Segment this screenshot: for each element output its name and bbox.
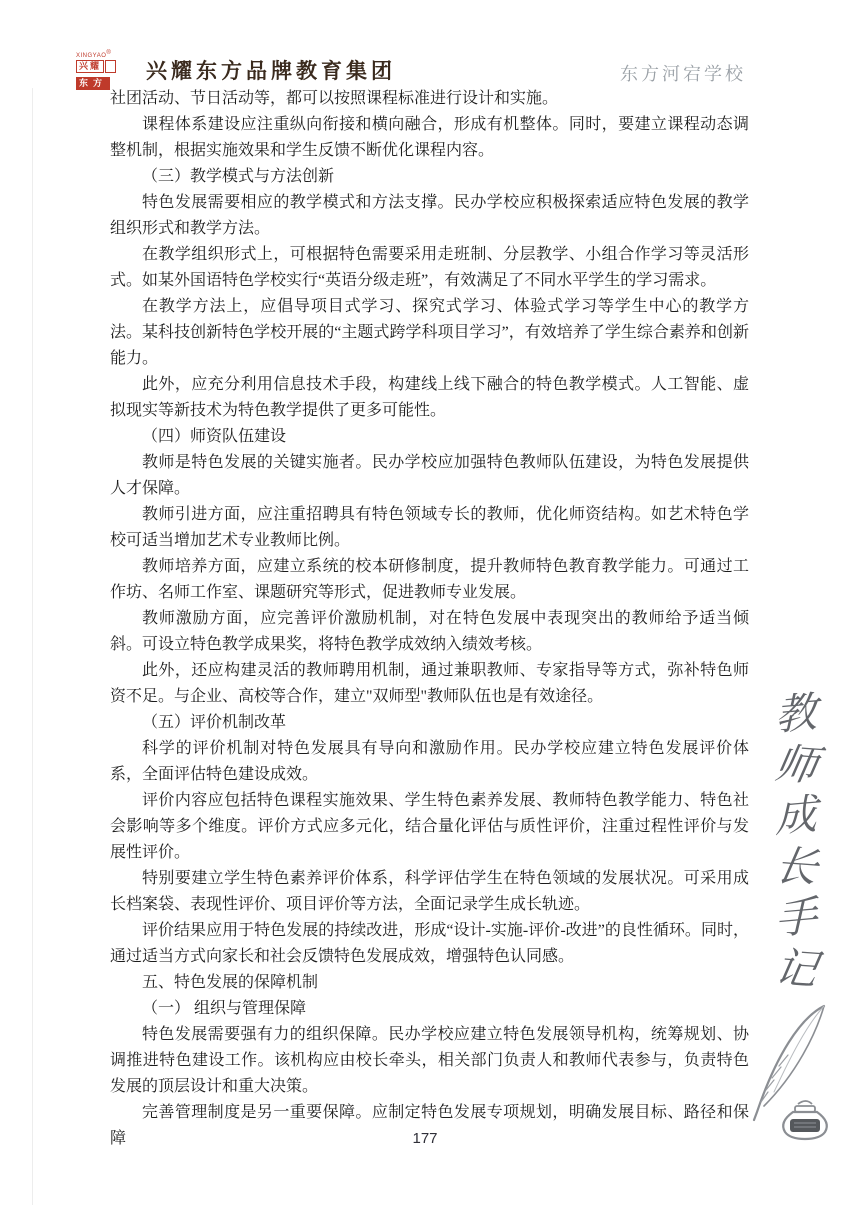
registered-trademark-icon: ® — [106, 50, 111, 56]
calligraphy-char: 师 — [771, 740, 822, 793]
body-paragraph: 在教学方法上，应倡导项目式学习、探究式学习、体验式学习等学生中心的教学方法。某科… — [110, 294, 749, 372]
brand-logo-seal-bottom: 东方 — [76, 77, 110, 90]
body-paragraph: （五）评价机制改革 — [110, 710, 749, 736]
body-paragraph: 课程体系建设应注重纵向衔接和横向融合，形成有机整体。同时，要建立课程动态调整机制… — [110, 112, 749, 164]
body-paragraph: 特色发展需要强有力的组织保障。民办学校应建立特色发展领导机构，统筹规划、协调推进… — [110, 1022, 749, 1100]
page-edge-line — [32, 88, 33, 1205]
body-paragraph: 教师激励方面，应完善评价激励机制，对在特色发展中表现突出的教师给予适当倾斜。可设… — [110, 606, 749, 658]
quill-and-ink-icon — [740, 1000, 840, 1150]
brand-logo-small-text: XINGYAO® — [76, 50, 136, 59]
body-paragraph: 此外，还应构建灵活的教师聘用机制，通过兼职教师、专家指导等方式，弥补特色师资不足… — [110, 658, 749, 710]
body-paragraph: 教师是特色发展的关键实施者。民办学校应加强特色教师队伍建设，为特色发展提供人才保… — [110, 450, 749, 502]
body-paragraph: 评价内容应包括特色课程实施效果、学生特色素养发展、教师特色教学能力、特色社会影响… — [110, 788, 749, 866]
body-paragraph: （三）教学模式与方法创新 — [110, 164, 749, 190]
body-paragraph: （四）师资队伍建设 — [110, 424, 749, 450]
document-page: XINGYAO® 兴耀 东方 兴耀东方品牌教育集团 东方河宕学校 社团活动、节日… — [0, 0, 850, 1205]
calligraphy-char: 教 — [775, 688, 818, 743]
body-paragraph: 特色发展需要相应的教学模式和方法支撑。民办学校应积极探索适应特色发展的教学组织形… — [110, 190, 749, 242]
calligraphy-char: 记 — [771, 944, 822, 997]
body-paragraph: 科学的评价机制对特色发展具有导向和激励作用。民办学校应建立特色发展评价体系，全面… — [110, 736, 749, 788]
brand-logo-seal-top: 兴耀 — [76, 60, 104, 73]
document-body: 社团活动、节日活动等，都可以按照课程标准进行设计和实施。课程体系建设应注重纵向衔… — [110, 86, 749, 1152]
body-paragraph: 评价结果应用于特色发展的持续改进，形成“设计-实施-评价-改进”的良性循环。同时… — [110, 918, 749, 970]
body-paragraph: 五、特色发展的保障机制 — [110, 970, 749, 996]
body-paragraph: 社团活动、节日活动等，都可以按照课程标准进行设计和实施。 — [110, 86, 749, 112]
body-paragraph: 教师引进方面，应注重招聘具有特色领域专长的教师，优化师资结构。如艺术特色学校可适… — [110, 502, 749, 554]
body-paragraph: （一） 组织与管理保障 — [110, 996, 749, 1022]
page-number: 177 — [0, 1130, 850, 1147]
calligraphy-char: 长 — [771, 842, 822, 895]
body-paragraph: 教师培养方面，应建立系统的校本研修制度，提升教师特色教育教学能力。可通过工作坊、… — [110, 554, 749, 606]
calligraphy-char: 成 — [775, 790, 818, 845]
brand-title: 兴耀东方品牌教育集团 — [146, 55, 396, 85]
brand-logo: XINGYAO® 兴耀 东方 — [76, 50, 136, 88]
calligraphy-char: 手 — [775, 892, 818, 947]
calligraphy-teacher-growth-notes: 教师成长手记 — [770, 690, 822, 996]
brand-logo-seal-square — [105, 60, 116, 73]
school-name: 东方河宕学校 — [620, 60, 746, 86]
body-paragraph: 在教学组织形式上，可根据特色需要采用走班制、分层教学、小组合作学习等灵活形式。如… — [110, 242, 749, 294]
body-paragraph: 特别要建立学生特色素养评价体系，科学评估学生在特色领域的发展状况。可采用成长档案… — [110, 866, 749, 918]
body-paragraph: 此外，应充分利用信息技术手段，构建线上线下融合的特色教学模式。人工智能、虚拟现实… — [110, 372, 749, 424]
